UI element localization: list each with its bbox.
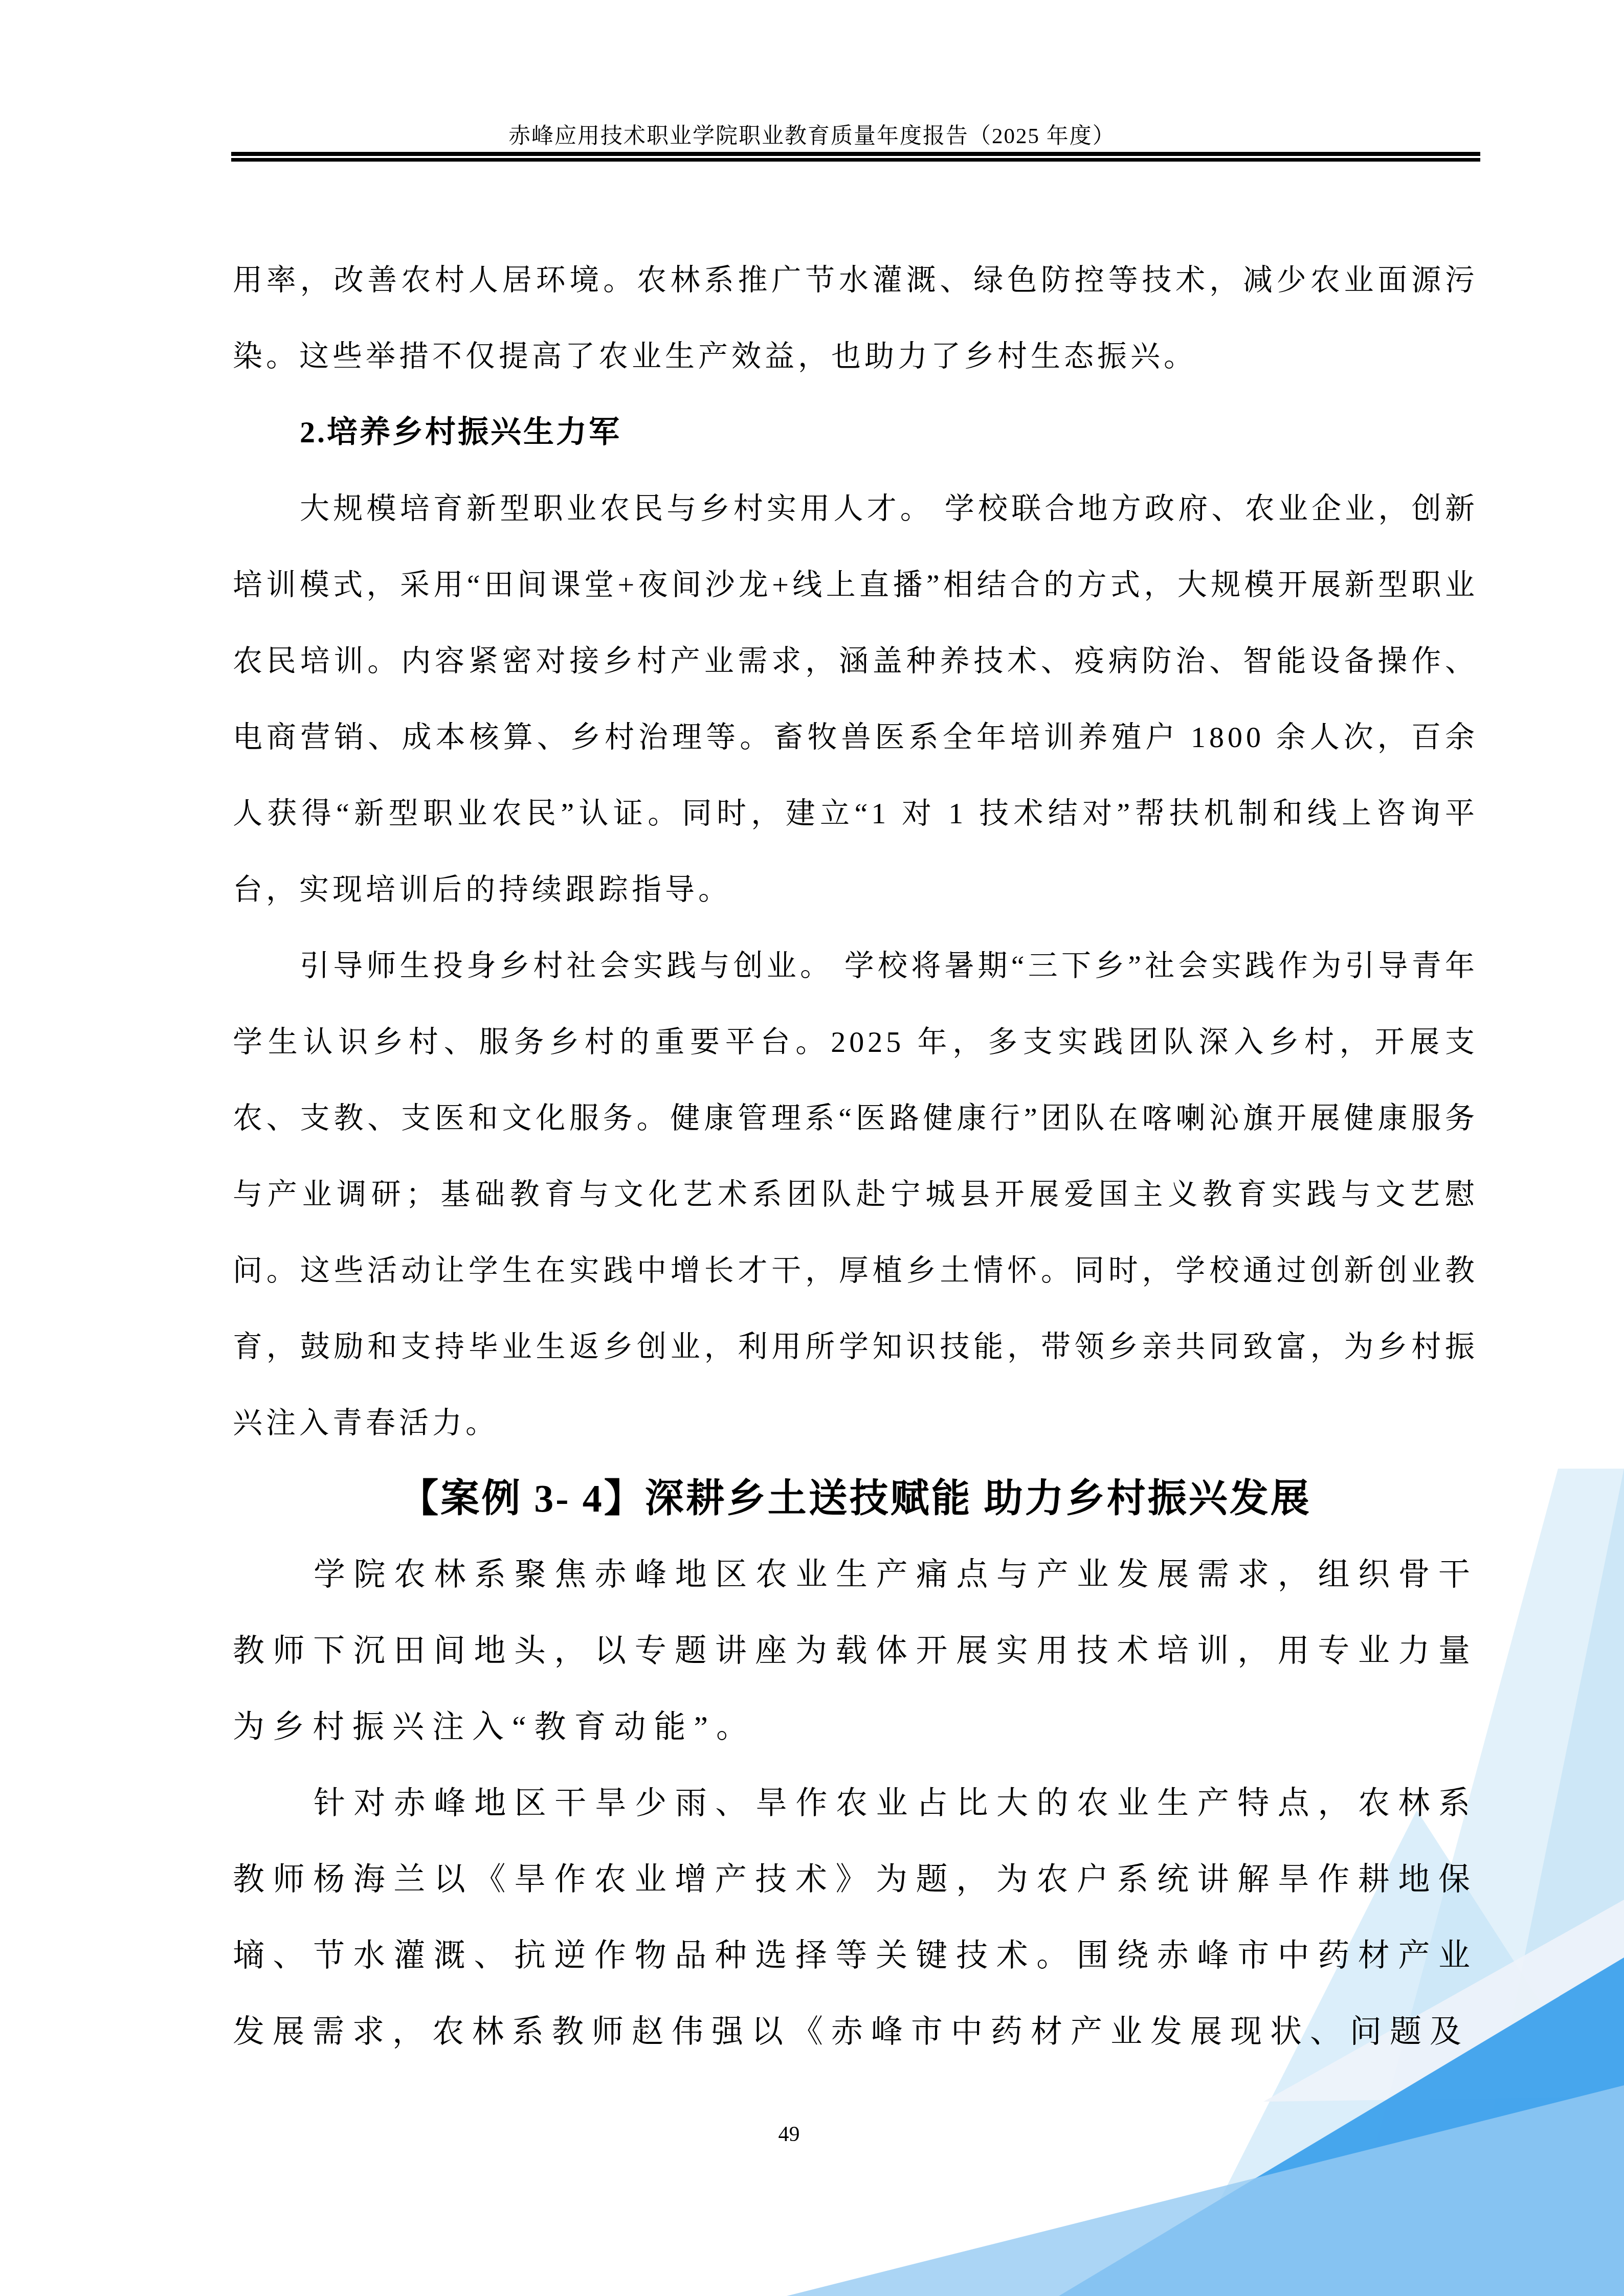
case-title: 【案例 3- 4】深耕乡土送技赋能 助力乡村振兴发展 xyxy=(233,1461,1478,1537)
page-number: 49 xyxy=(0,2122,1578,2147)
paragraph-training: 大规模培育新型职业农民与乡村实用人才。 学校联合地方政府、农业企业，创新培训模式… xyxy=(233,470,1478,928)
section-heading: 2.培养乡村振兴生力军 xyxy=(233,394,1478,470)
content: 用率，改善农村人居环境。农林系推广节水灌溉、绿色防控等技术，减少农业面源污染。这… xyxy=(233,242,1478,2070)
header-double-rule xyxy=(231,152,1480,162)
running-head-title: 赤峰应用技术职业学院职业教育质量年度报告（2025 年度） xyxy=(0,119,1624,150)
report-page: 赤峰应用技术职业学院职业教育质量年度报告（2025 年度） 用率，改善农村人居环… xyxy=(0,0,1624,2296)
paragraph-practice: 引导师生投身乡村社会实践与创业。 学校将暑期“三下乡”社会实践作为引导青年学生认… xyxy=(233,928,1478,1461)
case-paragraph-intro: 学院农林系聚焦赤峰地区农业生产痛点与产业发展需求，组织骨干教师下沉田间地头，以专… xyxy=(233,1537,1478,1766)
paragraph-continuation: 用率，改善农村人居环境。农林系推广节水灌溉、绿色防控等技术，减少农业面源污染。这… xyxy=(233,242,1478,394)
case-paragraph-detail: 针对赤峰地区干旱少雨、旱作农业占比大的农业生产特点，农林系教师杨海兰以《旱作农业… xyxy=(233,1766,1478,2070)
